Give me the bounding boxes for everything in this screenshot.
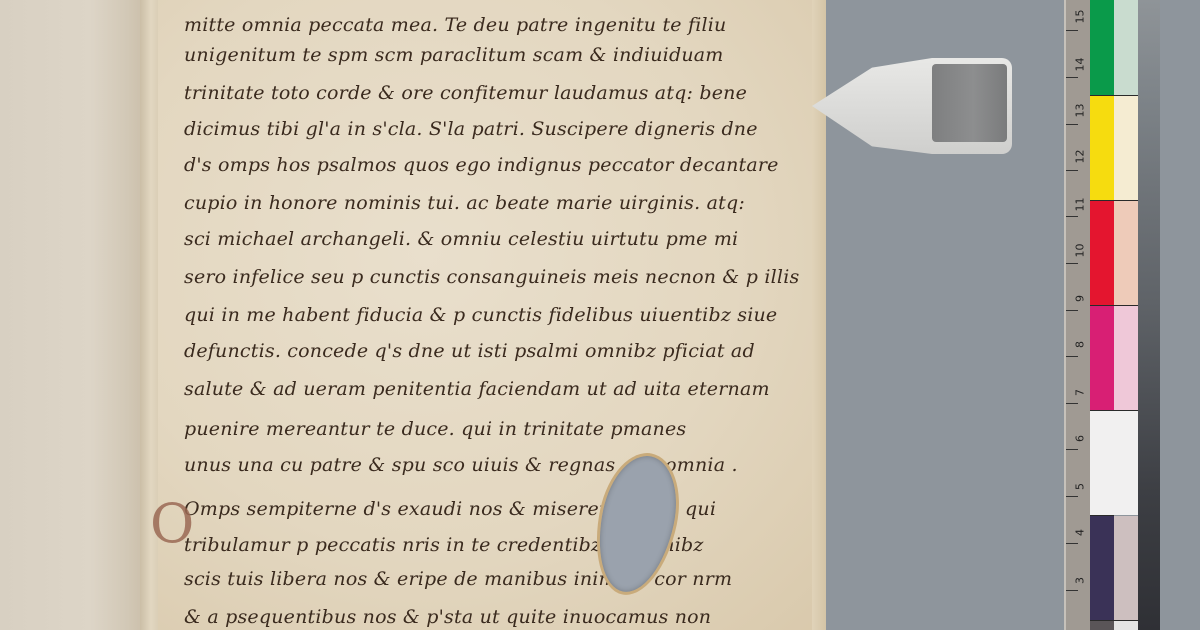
ruler-label: 12 bbox=[1074, 147, 1087, 167]
text-line: qui in me habent fiducia & p cunctis fid… bbox=[184, 304, 777, 326]
swatch-pale-green bbox=[1114, 0, 1138, 96]
text-line: unigenitum te spm scm paraclitum scam & … bbox=[184, 44, 724, 66]
swatch-white bbox=[1090, 411, 1114, 516]
text-line: sci michael archangeli. & omniu celestiu… bbox=[184, 228, 738, 250]
decorated-initial: O bbox=[150, 492, 194, 555]
text-line: puenire mereantur te duce. qui in trinit… bbox=[184, 418, 686, 440]
ruler-label: 9 bbox=[1074, 289, 1087, 309]
facing-page bbox=[0, 0, 150, 630]
ruler-label: 15 bbox=[1074, 7, 1087, 27]
swatch-yellow bbox=[1090, 96, 1114, 201]
swatch-green bbox=[1090, 0, 1114, 96]
text-line: d's omps hos psalmos quos ego indignus p… bbox=[184, 154, 779, 176]
swatch-light bbox=[1114, 621, 1138, 630]
ruler-label: 8 bbox=[1074, 335, 1087, 355]
text-line: salute & ad ueram penitentia faciendam u… bbox=[184, 378, 770, 400]
color-chart-pale bbox=[1114, 0, 1138, 630]
text-line: & a psequentibus nos & p'sta ut quite in… bbox=[184, 606, 711, 628]
ruler-label: 14 bbox=[1074, 55, 1087, 75]
text-line: cupio in honore nominis tui. ac beate ma… bbox=[184, 192, 745, 214]
swatch-pale-red bbox=[1114, 201, 1138, 306]
swatch-red bbox=[1090, 201, 1114, 306]
ruler-label: 11 bbox=[1074, 195, 1087, 215]
text-line: mitte omnia peccata mea. Te deu patre in… bbox=[184, 14, 727, 36]
swatch-pale-violet bbox=[1114, 516, 1138, 621]
swatch-dark bbox=[1090, 621, 1114, 630]
ruler-label: 7 bbox=[1074, 383, 1087, 403]
grey-scale-strip bbox=[1138, 0, 1160, 630]
text-line: defunctis. concede q's dne ut isti psalm… bbox=[184, 340, 755, 362]
ruler-label: 10 bbox=[1074, 241, 1087, 261]
book-weight bbox=[812, 58, 1012, 154]
ruler-label: 3 bbox=[1074, 571, 1087, 591]
text-line: sero infelice seu p cunctis consanguinei… bbox=[184, 266, 799, 288]
manuscript-photograph: mitte omnia peccata mea. Te deu patre in… bbox=[0, 0, 1200, 630]
ruler-label: 5 bbox=[1074, 477, 1087, 497]
ruler-label: 6 bbox=[1074, 429, 1087, 449]
swatch-violet bbox=[1090, 516, 1114, 621]
swatch-pale-yellow bbox=[1114, 96, 1138, 201]
ruler-label: 4 bbox=[1074, 523, 1087, 543]
swatch-pale-white bbox=[1114, 411, 1138, 515]
text-line: dicimus tibi gl'a in s'cla. S'la patri. … bbox=[184, 118, 758, 140]
scale-ruler: 15 14 13 12 11 10 9 8 7 6 5 4 3 bbox=[1064, 0, 1092, 630]
text-line: trinitate toto corde & ore confitemur la… bbox=[184, 82, 747, 104]
swatch-pale-magenta bbox=[1114, 306, 1138, 411]
swatch-magenta bbox=[1090, 306, 1114, 411]
color-chart-saturated bbox=[1090, 0, 1114, 630]
weight-block bbox=[932, 64, 1007, 142]
ruler-label: 13 bbox=[1074, 101, 1087, 121]
